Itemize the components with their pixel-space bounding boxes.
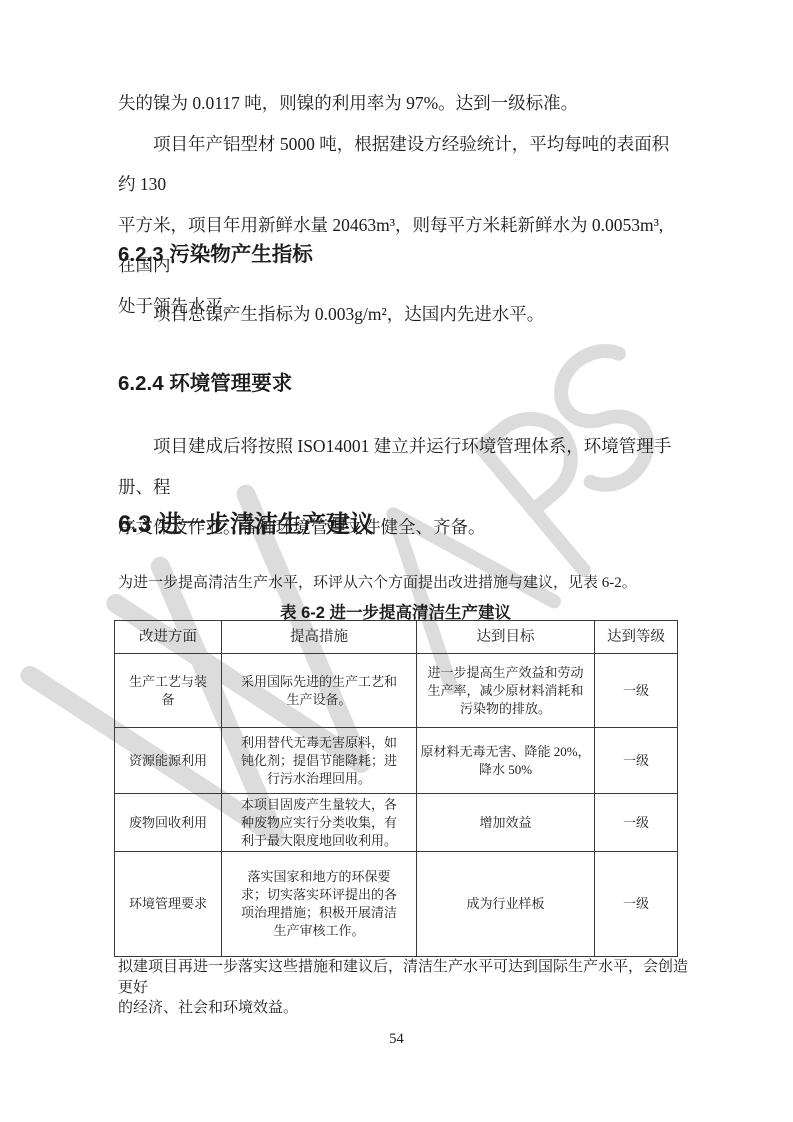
cell-grade: 一级 (595, 654, 678, 728)
cell-grade: 一级 (595, 728, 678, 794)
cell-grade: 一级 (595, 852, 678, 957)
cell-measure: 采用国际先进的生产工艺和 生产设备。 (222, 654, 417, 728)
table-row: 生产工艺与装 备 采用国际先进的生产工艺和 生产设备。 进一步提高生产效益和劳动… (115, 654, 678, 728)
column-header-grade: 达到等级 (595, 621, 678, 654)
paragraph-note-below-table: 拟建项目再进一步落实这些措施和建议后，清洁生产水平可达到国际生产水平，会创造更好… (118, 957, 698, 1019)
paragraph-nickel-utilization: 失的镍为 0.0117 吨，则镍的利用率为 97%。达到一级标准。 项目年产铝型… (118, 83, 680, 326)
cell-aspect: 废物回收利用 (115, 794, 222, 852)
cell-measure: 本项目固废产生量较大，各 种废物应实行分类收集，有 利于最大限度地回收利用。 (222, 794, 417, 852)
cell-measure: 利用替代无毒无害原料，如 钝化剂；提倡节能降耗；进 行污水治理回用。 (222, 728, 417, 794)
document-page: WAPS 失的镍为 0.0117 吨，则镍的利用率为 97%。达到一级标准。 项… (0, 0, 793, 1122)
cell-aspect: 资源能源利用 (115, 728, 222, 794)
cell-goal: 增加效益 (417, 794, 595, 852)
cell-aspect: 环境管理要求 (115, 852, 222, 957)
cell-aspect: 生产工艺与装 备 (115, 654, 222, 728)
cell-measure: 落实国家和地方的环保要 求；切实落实环评提出的各 项治理措施；积极开展清洁 生产… (222, 852, 417, 957)
cell-grade: 一级 (595, 794, 678, 852)
page-number: 54 (0, 1031, 793, 1048)
heading-6-3: 6.3 进一步清洁生产建议 (118, 504, 374, 539)
cell-goal: 成为行业样板 (417, 852, 595, 957)
table-row: 废物回收利用 本项目固废产生量较大，各 种废物应实行分类收集，有 利于最大限度地… (115, 794, 678, 852)
paragraph-pollutant-index: 项目总镍产生指标为 0.003g/m²，达国内先进水平。 (118, 299, 680, 329)
column-header-measure: 提高措施 (222, 621, 417, 654)
table-header-row: 改进方面 提高措施 达到目标 达到等级 (115, 621, 678, 654)
heading-6-2-3: 6.2.3 污染物产生指标 (118, 237, 313, 267)
table-row: 环境管理要求 落实国家和地方的环保要 求；切实落实环评提出的各 项治理措施；积极… (115, 852, 678, 957)
heading-6-2-4: 6.2.4 环境管理要求 (118, 366, 292, 396)
column-header-goal: 达到目标 (417, 621, 595, 654)
paragraph-table-intro: 为进一步提高清洁生产水平，环评从六个方面提出改进措施与建议，见表 6-2。 (118, 573, 728, 594)
cell-goal: 进一步提高生产效益和劳动 生产率，减少原材料消耗和 污染物的排放。 (417, 654, 595, 728)
cleaner-production-table: 改进方面 提高措施 达到目标 达到等级 生产工艺与装 备 采用国际先进的生产工艺… (114, 620, 678, 957)
column-header-aspect: 改进方面 (115, 621, 222, 654)
cell-goal: 原材料无毒无害、降能 20%， 降水 50% (417, 728, 595, 794)
table-row: 资源能源利用 利用替代无毒无害原料，如 钝化剂；提倡节能降耗；进 行污水治理回用… (115, 728, 678, 794)
